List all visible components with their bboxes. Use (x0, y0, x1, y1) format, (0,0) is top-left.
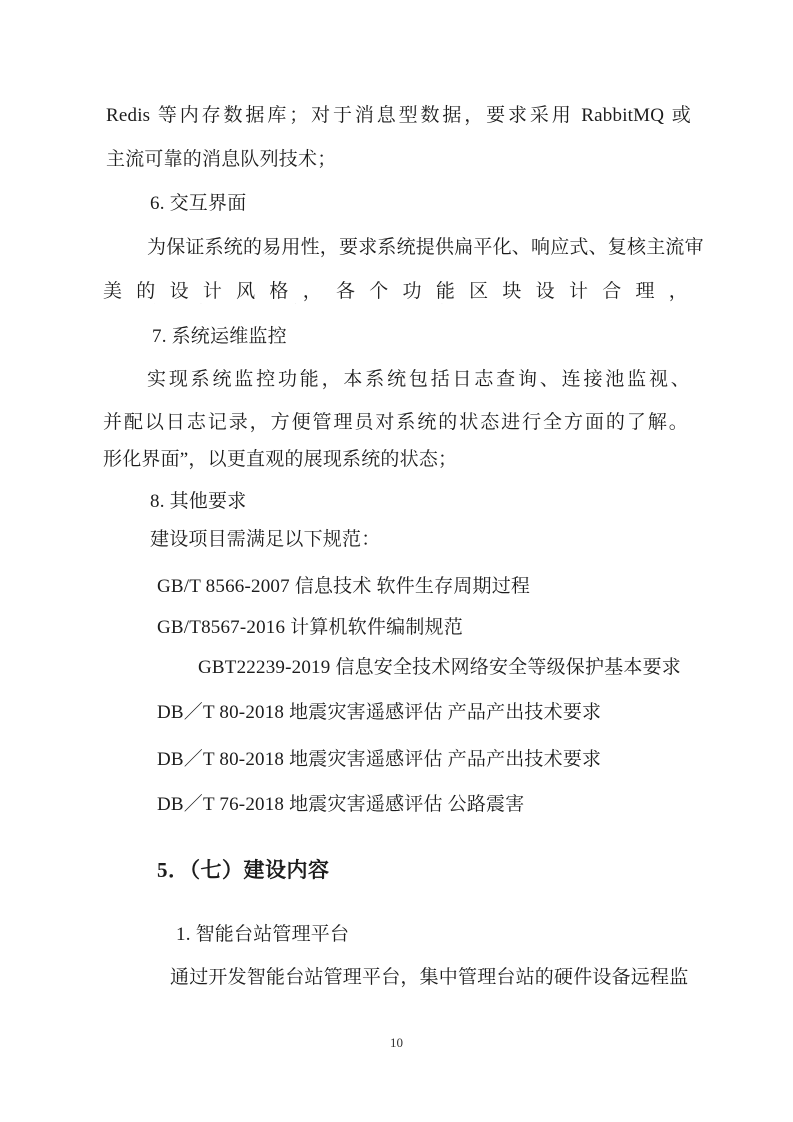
doc-line: 主流可靠的消息队列技术； (106, 148, 336, 171)
doc-line: 并配以日志记录，方便管理员对系统的状态进行全方面的了解。配以“图 (103, 411, 688, 435)
doc-line: 建设项目需满足以下规范： (150, 528, 380, 551)
doc-line: 为保证系统的易用性，要求系统提供扁平化、响应式、复核主流审 (147, 236, 704, 259)
section-heading: 5．（七）建设内容 (157, 859, 330, 882)
doc-line: 形化界面”，以更直观的展现系统的状态； (103, 448, 457, 471)
document-page: Redis 等内存数据库；对于消息型数据，要求采用 RabbitMQ 或 Act… (0, 0, 793, 1122)
doc-line-standard: GB/T8567-2016 计算机软件编制规范 (157, 616, 463, 639)
doc-line: 美的设计风格，各个功能区块设计合理，功能操作提示明晰显示顺畅。 (103, 280, 688, 304)
doc-line-item-8: 8. 其他要求 (150, 490, 246, 513)
doc-line: 实现系统监控功能，本系统包括日志查询、连接池监视、系统配置， (147, 368, 690, 392)
doc-line-standard: GBT22239-2019 信息安全技术网络安全等级保护基本要求 (198, 656, 681, 679)
doc-line: Redis 等内存数据库；对于消息型数据，要求采用 RabbitMQ 或 Act… (106, 104, 691, 128)
doc-line-standard: GB/T 8566-2007 信息技术 软件生存周期过程 (157, 575, 530, 598)
doc-line-item-7: 7. 系统运维监控 (152, 325, 287, 348)
doc-line-standard: DB／T 76-2018 地震灾害遥感评估 公路震害 (157, 793, 524, 816)
doc-line-item-1: 1. 智能台站管理平台 (176, 923, 349, 946)
doc-line-standard: DB／T 80-2018 地震灾害遥感评估 产品产出技术要求 (157, 748, 601, 771)
doc-line-item-6: 6. 交互界面 (150, 192, 246, 215)
page-number: 10 (0, 1035, 793, 1051)
doc-line: 通过开发智能台站管理平台，集中管理台站的硬件设备远程监 (170, 966, 688, 989)
doc-line-standard: DB／T 80-2018 地震灾害遥感评估 产品产出技术要求 (157, 701, 601, 724)
